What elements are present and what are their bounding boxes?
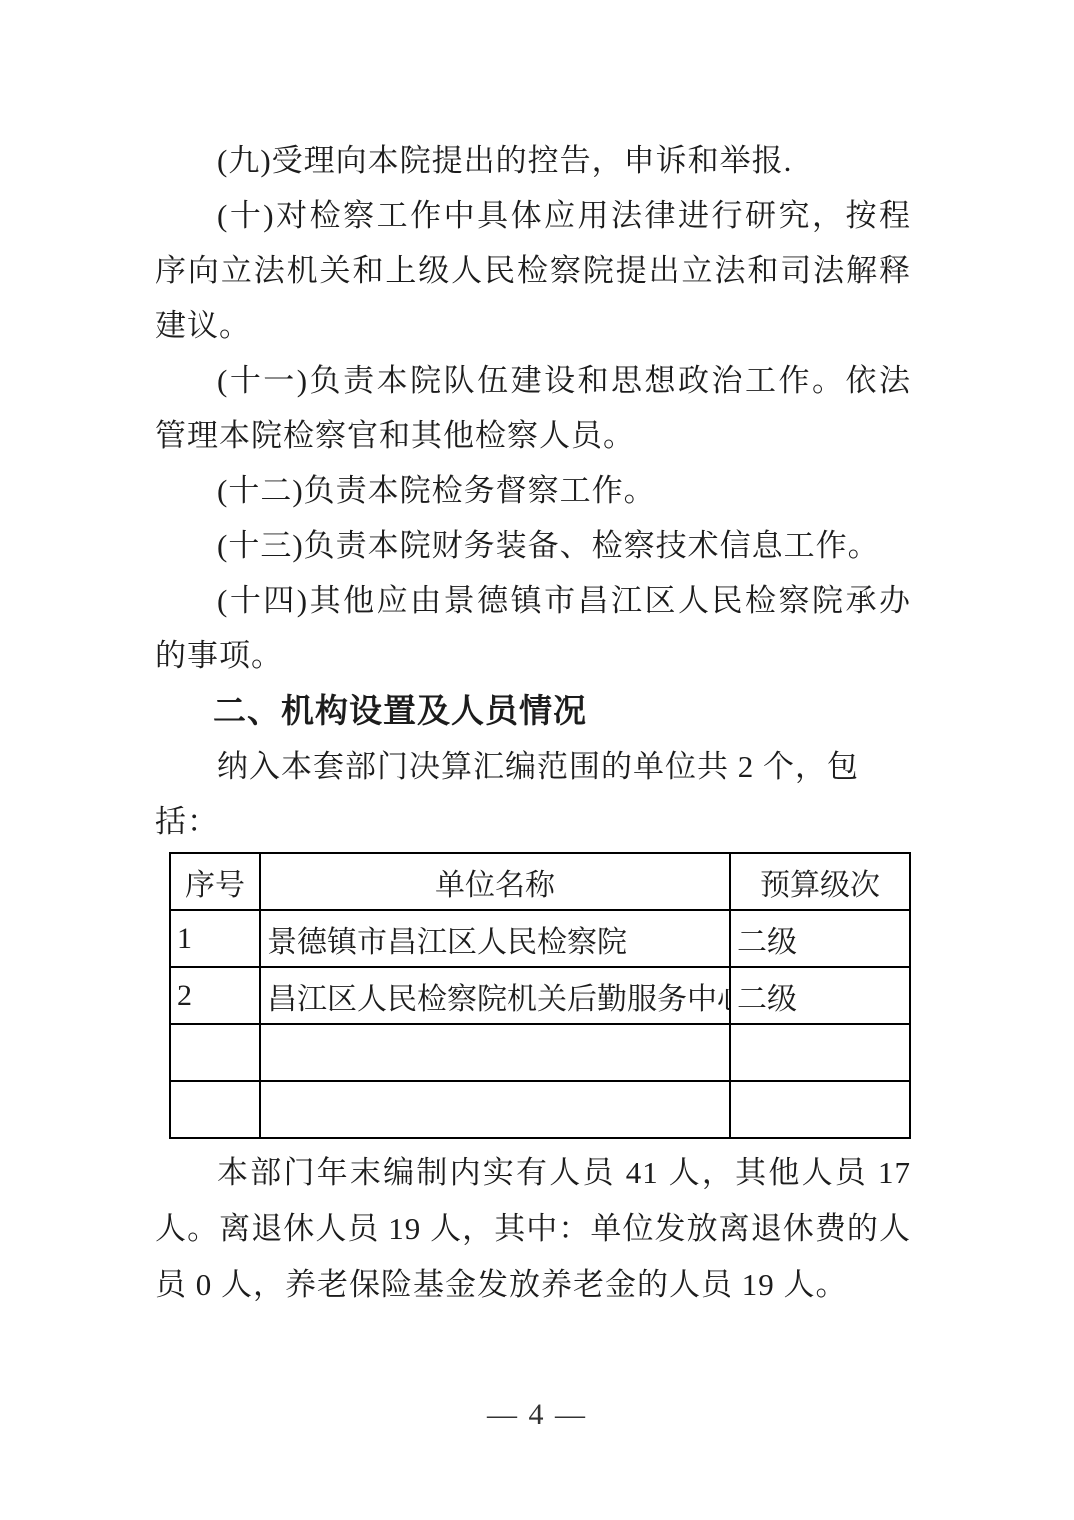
cell-unit: 昌江区人民检察院机关后勤服务中心 <box>260 967 730 1024</box>
document-page: (九)受理向本院提出的控告，申诉和举报. (十)对检察工作中具体应用法律进行研究… <box>0 0 1074 1520</box>
paragraph-item-14: (十四)其他应由景德镇市昌江区人民检察院承办的事项。 <box>155 573 911 683</box>
section-heading: 二、机构设置及人员情况 <box>155 683 911 739</box>
cell-unit: 景德镇市昌江区人民检察院 <box>260 910 730 967</box>
cell-level <box>730 1081 910 1138</box>
intro-paragraph: 纳入本套部门决算汇编范围的单位共 2 个，包括： <box>155 739 911 849</box>
cell-unit <box>260 1081 730 1138</box>
cell-seq: 2 <box>170 967 260 1024</box>
table-header-row: 序号 单位名称 预算级次 <box>170 853 910 910</box>
paragraph-item-11: (十一)负责本院队伍建设和思想政治工作。依法管理本院检察官和其他检察人员。 <box>155 353 911 463</box>
paragraph-item-10: (十)对检察工作中具体应用法律进行研究，按程序向立法机关和上级人民检察院提出立法… <box>155 188 911 353</box>
paragraph-item-12: (十二)负责本院检务督察工作。 <box>155 463 911 518</box>
cell-seq <box>170 1081 260 1138</box>
cell-seq <box>170 1024 260 1081</box>
table-row: 2 昌江区人民检察院机关后勤服务中心 二级 <box>170 967 910 1024</box>
header-cell-unit: 单位名称 <box>260 853 730 910</box>
cell-level: 二级 <box>730 910 910 967</box>
units-table: 序号 单位名称 预算级次 1 景德镇市昌江区人民检察院 二级 2 昌江区人民检察… <box>169 852 911 1139</box>
header-cell-seq: 序号 <box>170 853 260 910</box>
table-row-empty <box>170 1081 910 1138</box>
header-cell-level: 预算级次 <box>730 853 910 910</box>
cell-level <box>730 1024 910 1081</box>
cell-seq: 1 <box>170 910 260 967</box>
staff-paragraph: 本部门年末编制内实有人员 41 人，其他人员 17 人。离退休人员 19 人，其… <box>155 1145 911 1313</box>
page-number: — 4 — <box>0 1398 1074 1432</box>
paragraph-item-13: (十三)负责本院财务装备、检察技术信息工作。 <box>155 518 911 573</box>
cell-level: 二级 <box>730 967 910 1024</box>
paragraph-item-9: (九)受理向本院提出的控告，申诉和举报. <box>155 133 911 188</box>
cell-unit <box>260 1024 730 1081</box>
table-row: 1 景德镇市昌江区人民检察院 二级 <box>170 910 910 967</box>
content-area: (九)受理向本院提出的控告，申诉和举报. (十)对检察工作中具体应用法律进行研究… <box>155 133 911 1313</box>
table-row-empty <box>170 1024 910 1081</box>
